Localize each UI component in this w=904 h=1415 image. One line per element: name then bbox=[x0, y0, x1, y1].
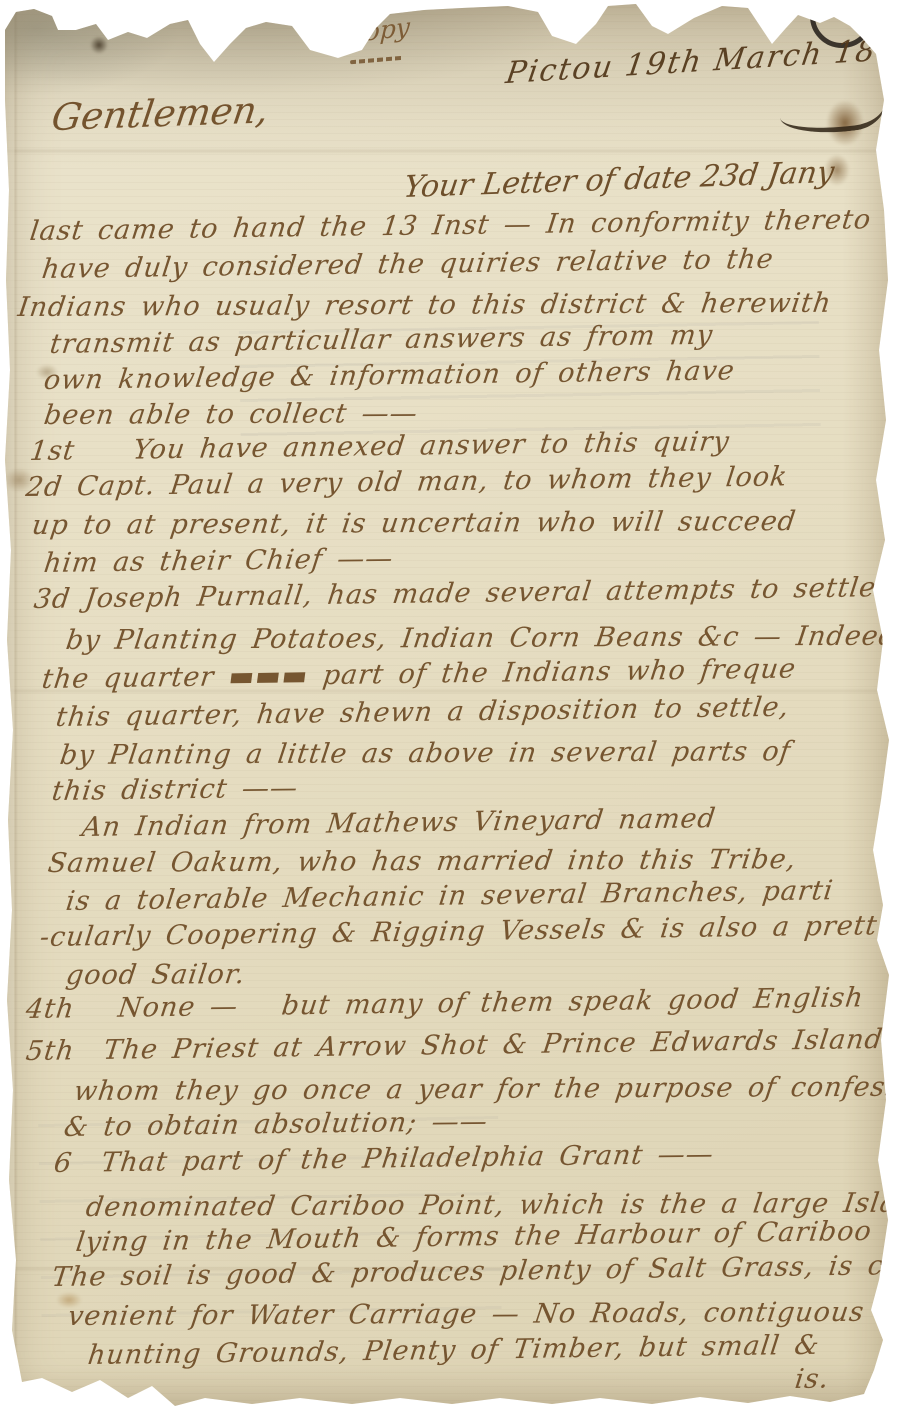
salutation: Gentlemen, bbox=[49, 88, 271, 139]
manuscript-line: & to obtain absolution; —— bbox=[62, 1108, 489, 1142]
scanned-letter: Copy Pictou 19th March 1801 Gentlemen, Y… bbox=[0, 0, 904, 1415]
manuscript-line: Indians who usualy resort to this distri… bbox=[16, 290, 833, 323]
manuscript-line: is. bbox=[793, 1365, 831, 1394]
manuscript-line: by Planting Potatoes, Indian Corn Beans … bbox=[64, 623, 899, 656]
letter-paper: Copy Pictou 19th March 1801 Gentlemen, Y… bbox=[0, 0, 904, 1415]
manuscript-line: up to at present, it is uncertain who wi… bbox=[30, 508, 798, 540]
manuscript-line: Samuel Oakum, who has married into this … bbox=[46, 846, 798, 878]
manuscript-line: by Planting a little as above in several… bbox=[58, 738, 793, 770]
manuscript-line: this district —— bbox=[50, 775, 300, 807]
manuscript-line: good Sailor. bbox=[64, 961, 247, 990]
manuscript-line: him as their Chief —— bbox=[42, 545, 395, 578]
manuscript-line: venient for Water Carriage — No Roads, c… bbox=[66, 1299, 904, 1332]
manuscript-line: been able to collect —— bbox=[42, 400, 420, 430]
ink-stain bbox=[90, 36, 108, 54]
manuscript-line: whom they go once a year for the purpose… bbox=[72, 1074, 904, 1107]
